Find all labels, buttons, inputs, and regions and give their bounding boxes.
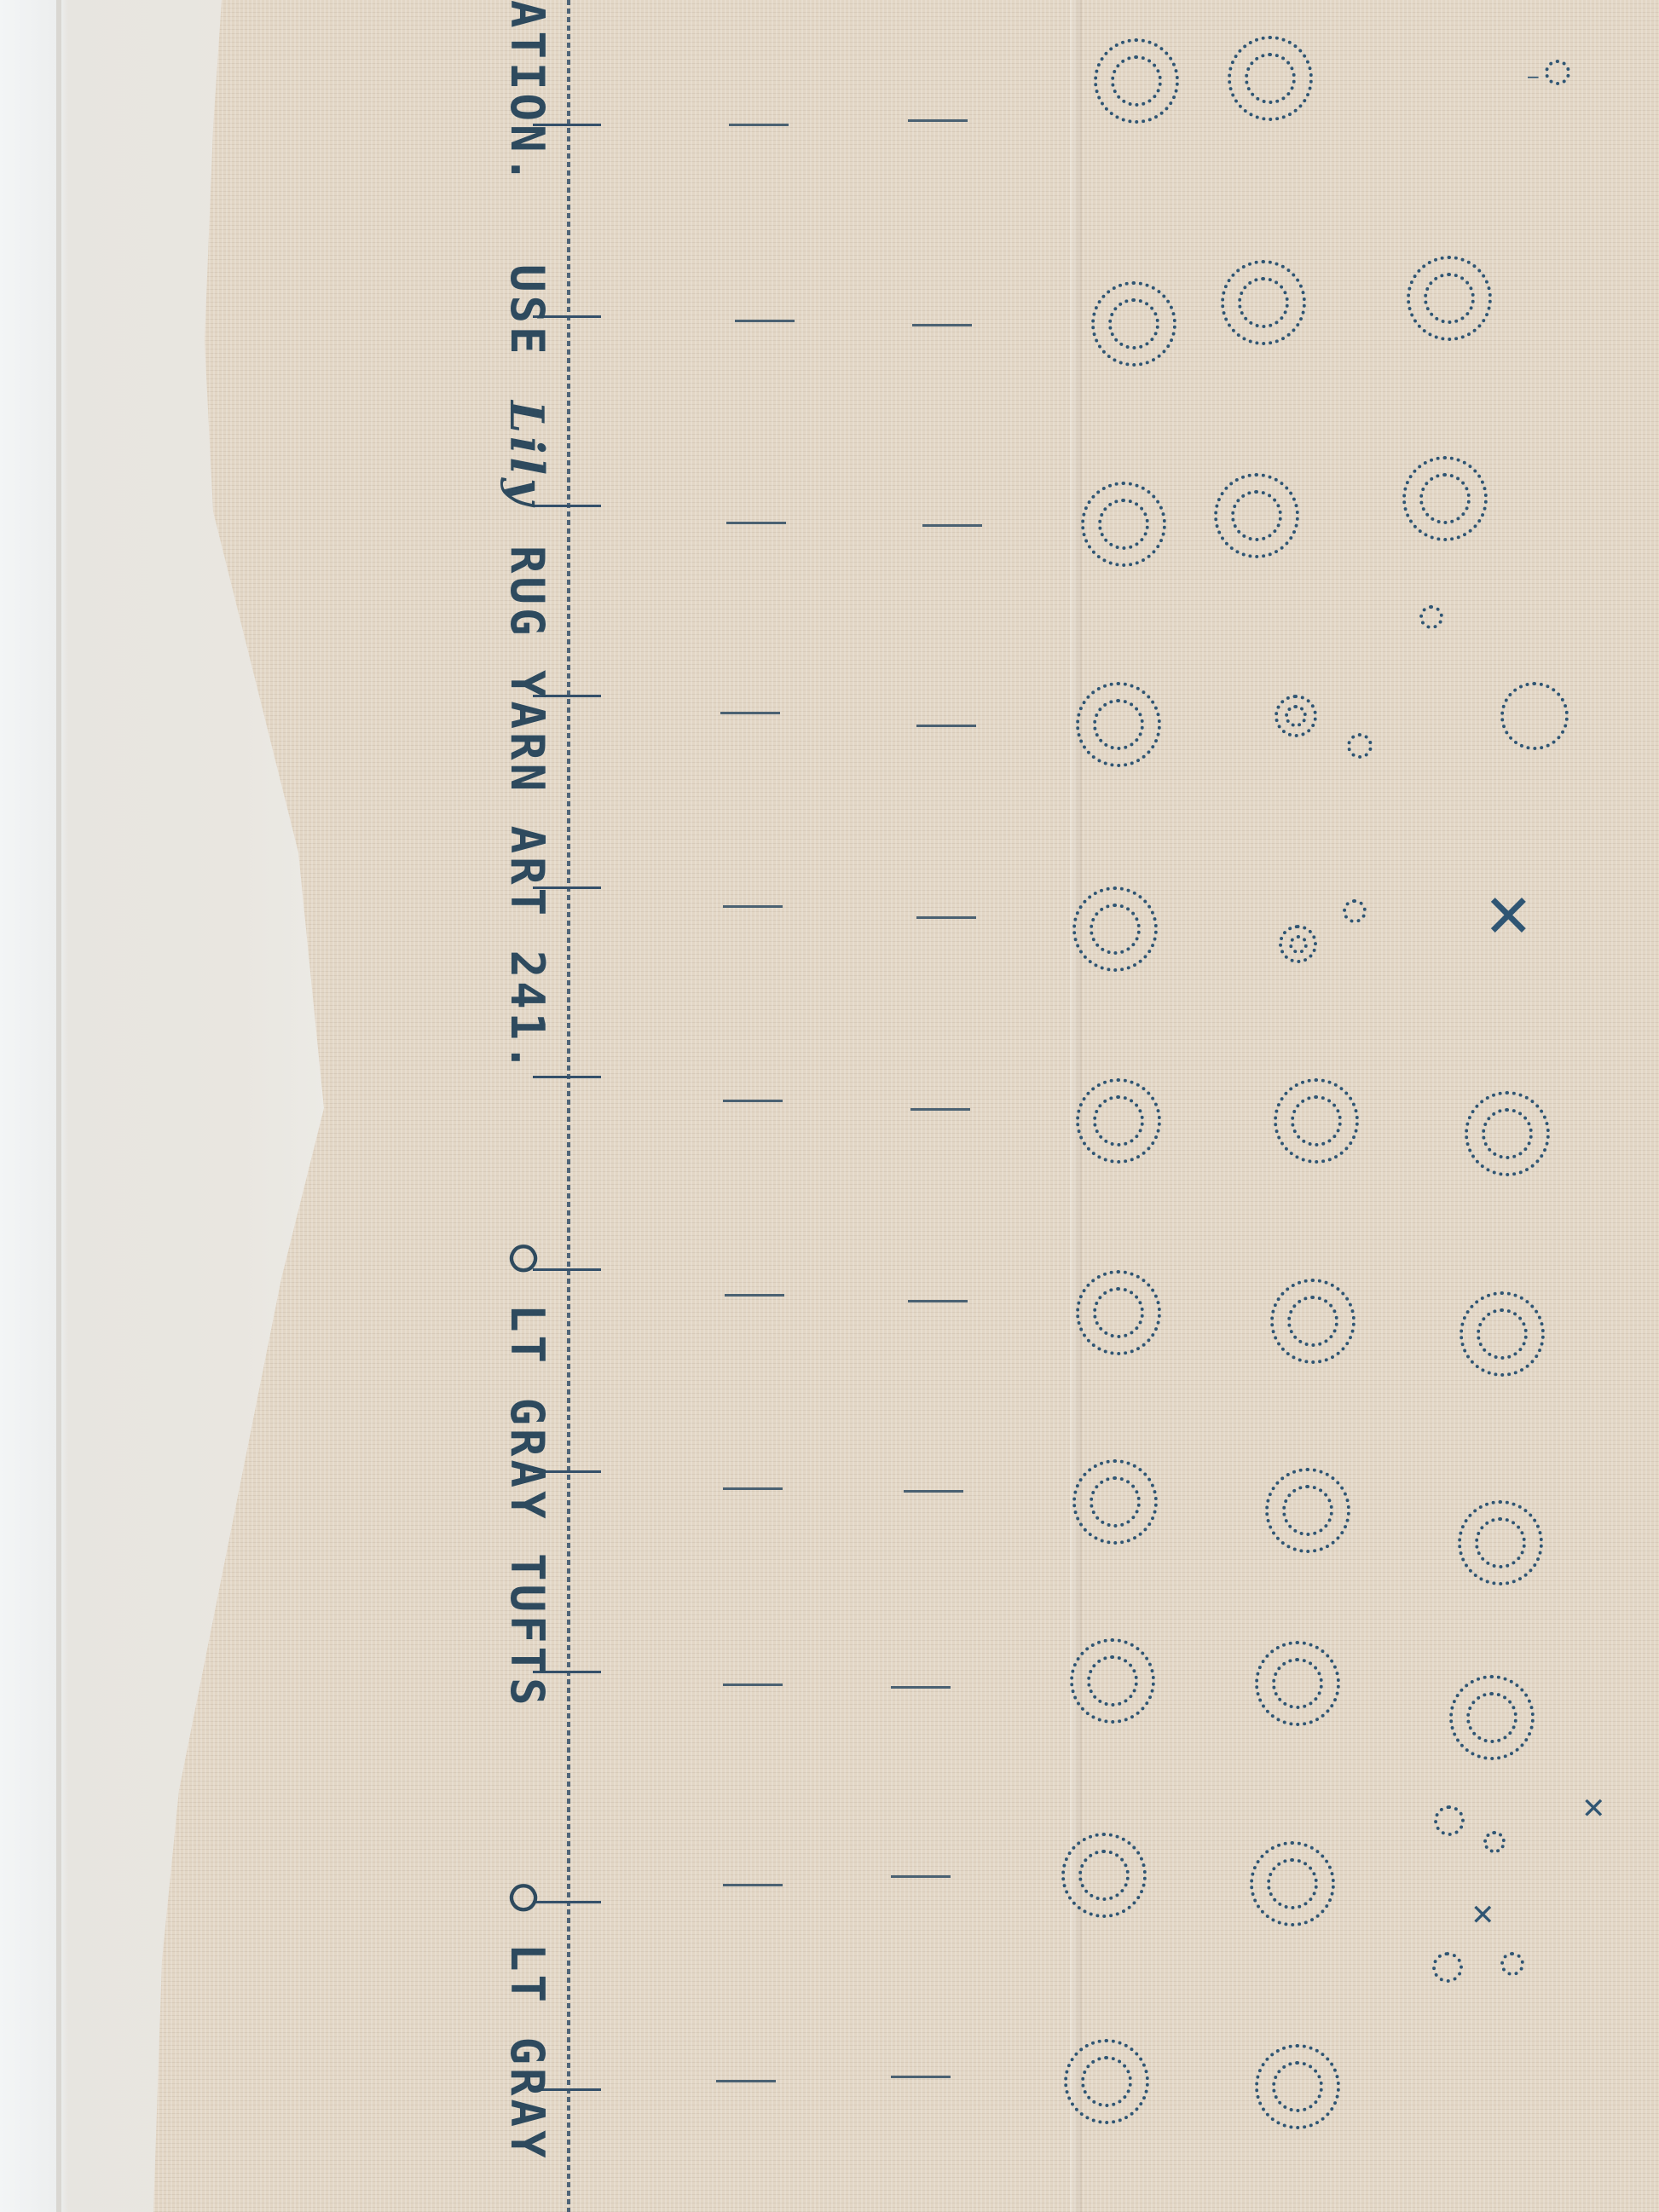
- board-edge: [56, 0, 61, 2212]
- x-mark: ✕: [1581, 1794, 1606, 1823]
- x-mark: ✕: [1471, 1901, 1495, 1930]
- brand-name: Lily: [500, 401, 554, 508]
- legend-symbol-2: ○: [500, 1884, 554, 1915]
- instruction-fragment: ATION.: [500, 0, 554, 187]
- legend-label-2: LT GRAY: [500, 1943, 554, 2162]
- x-mark: ✕: [1483, 887, 1534, 946]
- yarn-spec: RUG YARN ART 241.: [500, 546, 554, 1075]
- ruler-tick: [533, 1076, 601, 1078]
- legend-symbol-1: ○: [500, 1245, 554, 1276]
- x-mark: −: [1526, 68, 1540, 85]
- instruction-use: USE: [500, 264, 554, 358]
- legend-label-1: LT GRAY TUFTS: [500, 1304, 554, 1709]
- ruler-line: [567, 0, 570, 2212]
